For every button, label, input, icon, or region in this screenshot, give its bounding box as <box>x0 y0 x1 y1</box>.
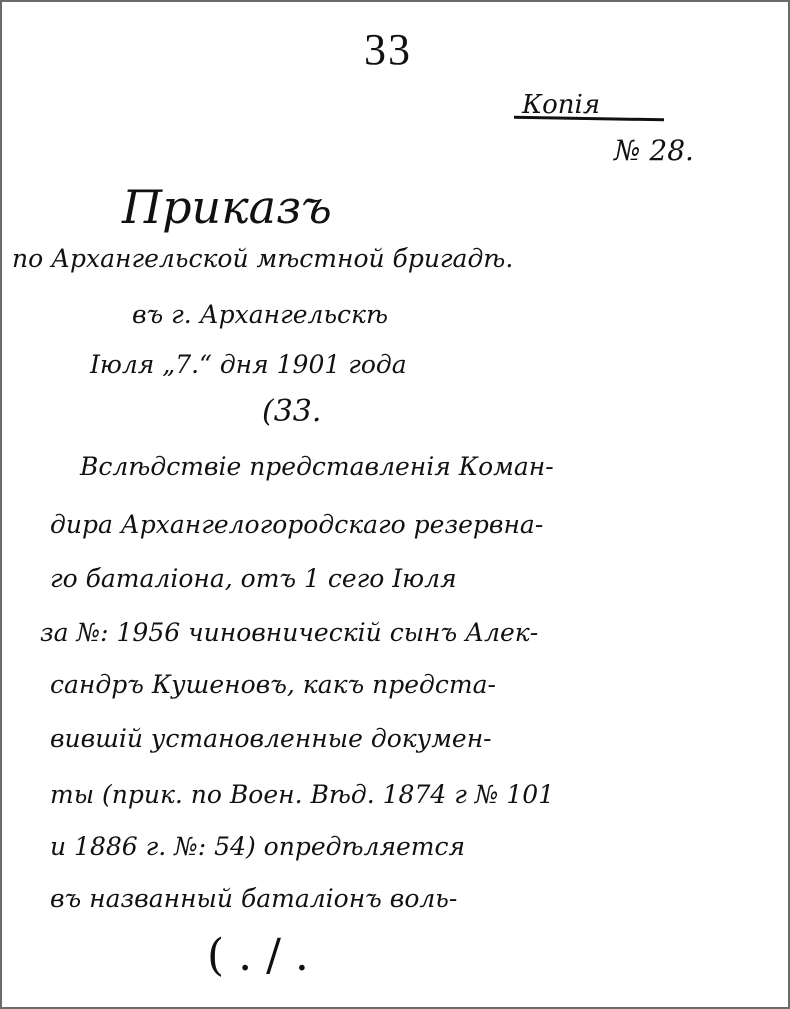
body-line: дира Архангелогородскаго резервна- <box>50 510 543 539</box>
bottom-mark: ( . / . <box>207 930 309 981</box>
body-line: сандръ Кушеновъ, какъ предста- <box>50 670 496 699</box>
body-line: за №: 1956 чиновническій сынъ Алек- <box>40 618 538 647</box>
order-number: № 28. <box>614 134 694 167</box>
body-line: го баталіона, отъ 1 сего Іюля <box>50 564 457 593</box>
body-line: ты (прик. по Воен. Вѣд. 1874 г № 101 <box>50 780 554 809</box>
header-line: Іюля „7.“ дня 1901 года <box>90 350 407 379</box>
body-line: вившій установленные докумен- <box>50 724 492 753</box>
copy-underline <box>514 116 664 122</box>
document-page: 33 Копія № 28. Приказъ по Архангельской … <box>0 0 790 1009</box>
document-title: Приказъ <box>122 180 332 234</box>
header-line: по Архангельской мѣстной бригадѣ. <box>12 244 513 273</box>
body-line: Вслѣдствіе представленія Коман- <box>80 452 554 481</box>
body-line: и 1886 г. №: 54) опредѣляется <box>50 832 465 861</box>
body-line: въ названный баталіонъ воль- <box>50 884 457 913</box>
folio-number: 33 <box>364 24 412 75</box>
header-line: (33. <box>262 394 321 429</box>
header-line: въ г. Архангельскѣ <box>132 300 388 329</box>
